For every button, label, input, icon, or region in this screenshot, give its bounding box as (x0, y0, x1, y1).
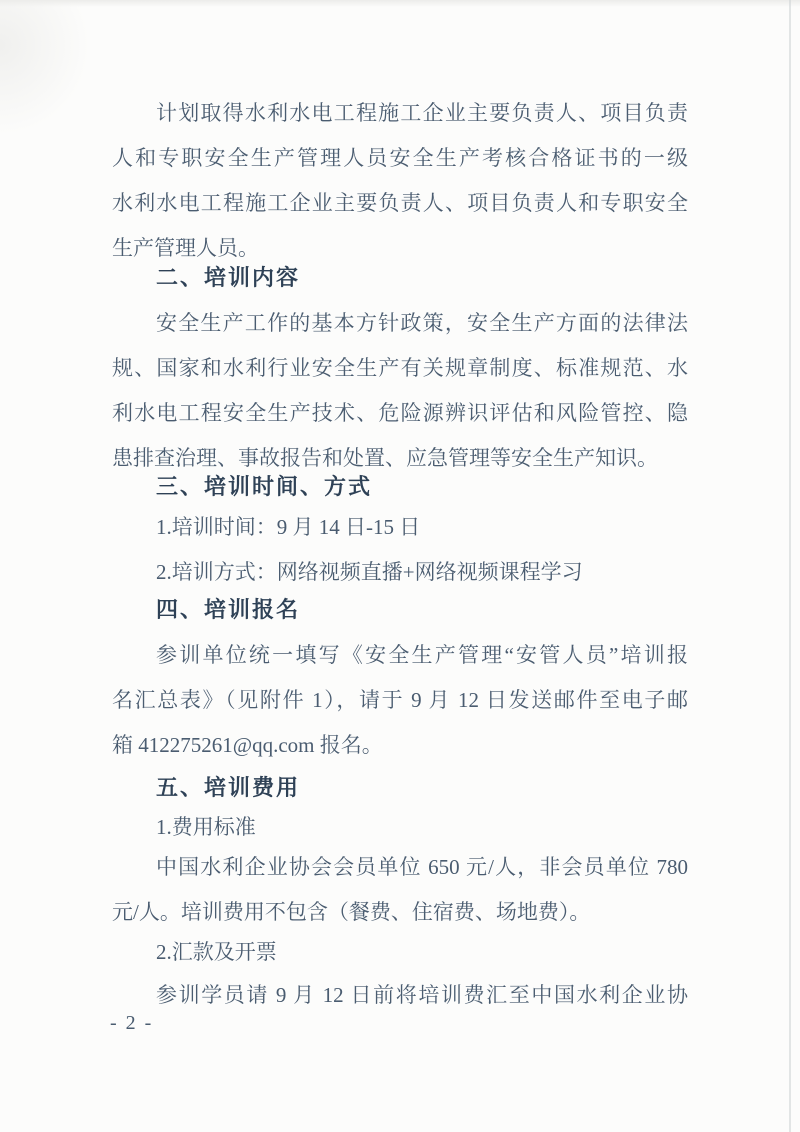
body-text-line: 安全生产工作的基本方针政策，安全生产方面的法律法 (112, 306, 688, 340)
body-text-line: 水利水电工程施工企业主要负责人、项目负责人和专职安全 (112, 186, 688, 220)
body-text-line: 元/人。培训费用不包含（餐费、住宿费、场地费）。 (112, 895, 688, 929)
body-text-line: 2.汇款及开票 (112, 935, 688, 969)
body-text-line: 利水电工程安全生产技术、危险源辨识评估和风险管控、隐 (112, 396, 688, 430)
page-number: - 2 - (110, 1008, 153, 1038)
body-text-line: 1.培训时间：9 月 14 日-15 日 (112, 510, 688, 544)
body-text-line: 箱 412275261@qq.com 报名。 (112, 728, 688, 762)
body-text-line: 中国水利企业协会会员单位 650 元/人，非会员单位 780 (112, 850, 688, 884)
body-text-line: 1.费用标准 (112, 810, 688, 844)
section-heading-2: 二、培训内容 (112, 261, 688, 295)
body-text-line: 2.培训方式：网络视频直播+网络视频课程学习 (112, 555, 688, 589)
body-text-line: 名汇总表》（见附件 1），请于 9 月 12 日发送邮件至电子邮 (112, 683, 688, 717)
section-heading-4: 四、培训报名 (112, 593, 688, 627)
body-text-line: 生产管理人员。 (112, 231, 688, 265)
body-text-line: 参训单位统一填写《安全生产管理“安管人员”培训报 (112, 638, 688, 672)
body-text-line: 参训学员请 9 月 12 日前将培训费汇至中国水利企业协 (112, 978, 688, 1012)
scanned-document-page: 计划取得水利水电工程施工企业主要负责人、项目负责 人和专职安全生产管理人员安全生… (0, 0, 800, 1132)
section-heading-3: 三、培训时间、方式 (112, 470, 688, 504)
body-text-line: 计划取得水利水电工程施工企业主要负责人、项目负责 (112, 96, 688, 130)
body-text-line: 人和专职安全生产管理人员安全生产考核合格证书的一级 (112, 141, 688, 175)
scan-edge-line (789, 0, 791, 1132)
body-text-line: 规、国家和水利行业安全生产有关规章制度、标准规范、水 (112, 351, 688, 385)
section-heading-5: 五、培训费用 (112, 771, 688, 805)
